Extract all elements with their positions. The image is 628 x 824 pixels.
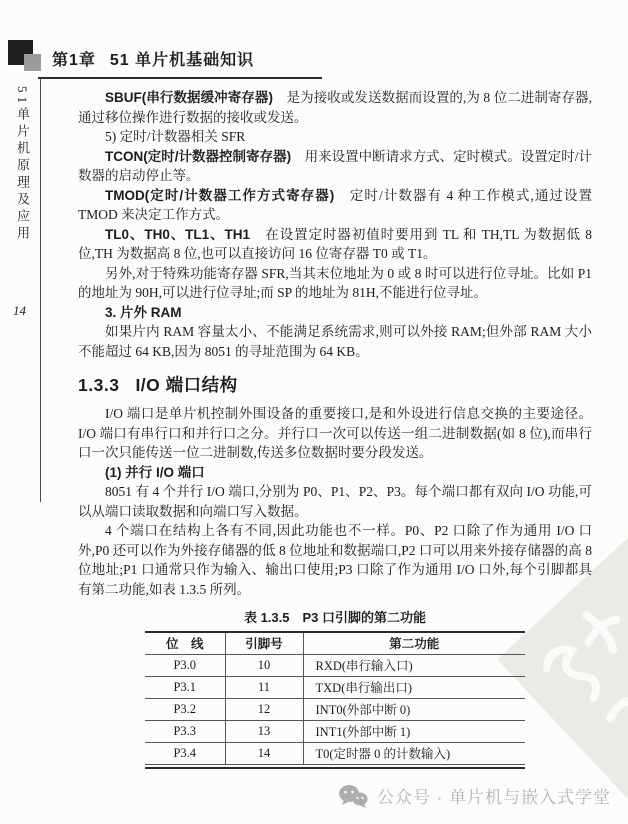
table-cell: 12 — [225, 698, 303, 720]
table-row: P3.010RXD(串行输入口) — [145, 654, 525, 676]
table-caption: 表 1.3.5 P3 口引脚的第二功能 — [78, 607, 592, 626]
table-header-cell: 引脚号 — [225, 632, 303, 654]
page-number: 14 — [13, 303, 26, 319]
section-heading: 1.3.3I/O 端口结构 — [78, 372, 592, 397]
body-paragraph: SBUF(串行数据缓冲寄存器) 是为接收或发送数据而设置的,为 8 位二进制寄存… — [78, 88, 592, 127]
chapter-marker-icon — [8, 40, 48, 80]
footer-watermark-label: 公众号 · 单片机与嵌入式学堂 — [377, 783, 611, 808]
body-paragraph: 4 个端口在结构上各有不同,因此功能也不一样。P0、P2 口除了作为通用 I/O… — [78, 521, 592, 599]
body-paragraph: TCON(定时/计数器控制寄存器) 用来设置中断请求方式、定时模式。设置定时/计… — [78, 147, 592, 186]
chapter-header: 第1章51 单片机基础知识 — [52, 47, 254, 70]
table-cell: INT1(外部中断 1) — [303, 720, 525, 742]
table-cell: RXD(串行输入口) — [303, 654, 525, 676]
marker-gray-square — [24, 54, 41, 71]
table-cell: P3.1 — [145, 676, 225, 698]
table-cell: P3.0 — [145, 654, 225, 676]
table-row: P3.414T0(定时器 0 的计数输入) — [145, 742, 525, 764]
wechat-icon — [338, 784, 368, 808]
book-title-vertical: 51单片机原理及应用 — [13, 86, 32, 256]
chapter-label: 第1章 — [52, 52, 96, 69]
table-cell: T0(定时器 0 的计数输入) — [303, 742, 525, 764]
table-cell: 10 — [225, 654, 303, 676]
page-content: SBUF(串行数据缓冲寄存器) 是为接收或发送数据而设置的,为 8 位二进制寄存… — [78, 88, 592, 769]
section-number: 1.3.3 — [78, 375, 119, 395]
body-paragraphs-before: SBUF(串行数据缓冲寄存器) 是为接收或发送数据而设置的,为 8 位二进制寄存… — [78, 88, 592, 361]
table-header-cell: 位 线 — [145, 632, 225, 654]
body-paragraph: 3. 片外 RAM — [78, 303, 592, 323]
table-row: P3.111TXD(串行输出口) — [145, 676, 525, 698]
body-paragraph: 5) 定时/计数器相关 SFR — [78, 127, 592, 147]
table-row: P3.313INT1(外部中断 1) — [145, 720, 525, 742]
body-paragraph: TMOD(定时/计数器工作方式寄存器) 定时/计数器有 4 种工作模式,通过设置… — [78, 186, 592, 225]
section-title: I/O 端口结构 — [135, 375, 237, 395]
table-header-cell: 第二功能 — [303, 632, 525, 654]
table-header-row: 位 线引脚号第二功能 — [145, 632, 525, 654]
table-row: P3.212INT0(外部中断 0) — [145, 698, 525, 720]
table-cell: 13 — [225, 720, 303, 742]
table-cell: P3.3 — [145, 720, 225, 742]
table-cell: P3.4 — [145, 742, 225, 764]
sidebar-rule — [40, 78, 41, 502]
chapter-title: 51 单片机基础知识 — [110, 52, 254, 69]
body-paragraph: (1) 并行 I/O 端口 — [78, 463, 592, 483]
body-paragraph: 8051 有 4 个并行 I/O 端口,分别为 P0、P1、P2、P3。每个端口… — [78, 482, 592, 521]
header-rule — [38, 77, 322, 79]
pin-function-table: 位 线引脚号第二功能 P3.010RXD(串行输入口)P3.111TXD(串行输… — [145, 631, 525, 765]
table-cell: 14 — [225, 742, 303, 764]
body-paragraph: TL0、TH0、TL1、TH1 在设置定时器初值时要用到 TL 和 TH,TL … — [78, 225, 592, 264]
table-cell: P3.2 — [145, 698, 225, 720]
body-paragraph: 如果片内 RAM 容量太小、不能满足系统需求,则可以外接 RAM;但外部 RAM… — [78, 322, 592, 361]
table-cell: 11 — [225, 676, 303, 698]
body-paragraphs-after: I/O 端口是单片机控制外围设备的重要接口,是和外设进行信息交换的主要途径。I/… — [78, 404, 592, 599]
table-cell: TXD(串行输出口) — [303, 676, 525, 698]
table-cell: INT0(外部中断 0) — [303, 698, 525, 720]
body-paragraph: 另外,对于特殊功能寄存器 SFR,当其末位地址为 0 或 8 时可以进行位寻址。… — [78, 264, 592, 303]
footer-watermark: 公众号 · 单片机与嵌入式学堂 — [338, 783, 611, 808]
pin-function-table-wrap: 位 线引脚号第二功能 P3.010RXD(串行输入口)P3.111TXD(串行输… — [145, 631, 525, 769]
book-page: PDG 第1章51 单片机基础知识 51单片机原理及应用 14 SBUF(串行数… — [0, 0, 628, 824]
body-paragraph: I/O 端口是单片机控制外围设备的重要接口,是和外设进行信息交换的主要途径。I/… — [78, 404, 592, 463]
